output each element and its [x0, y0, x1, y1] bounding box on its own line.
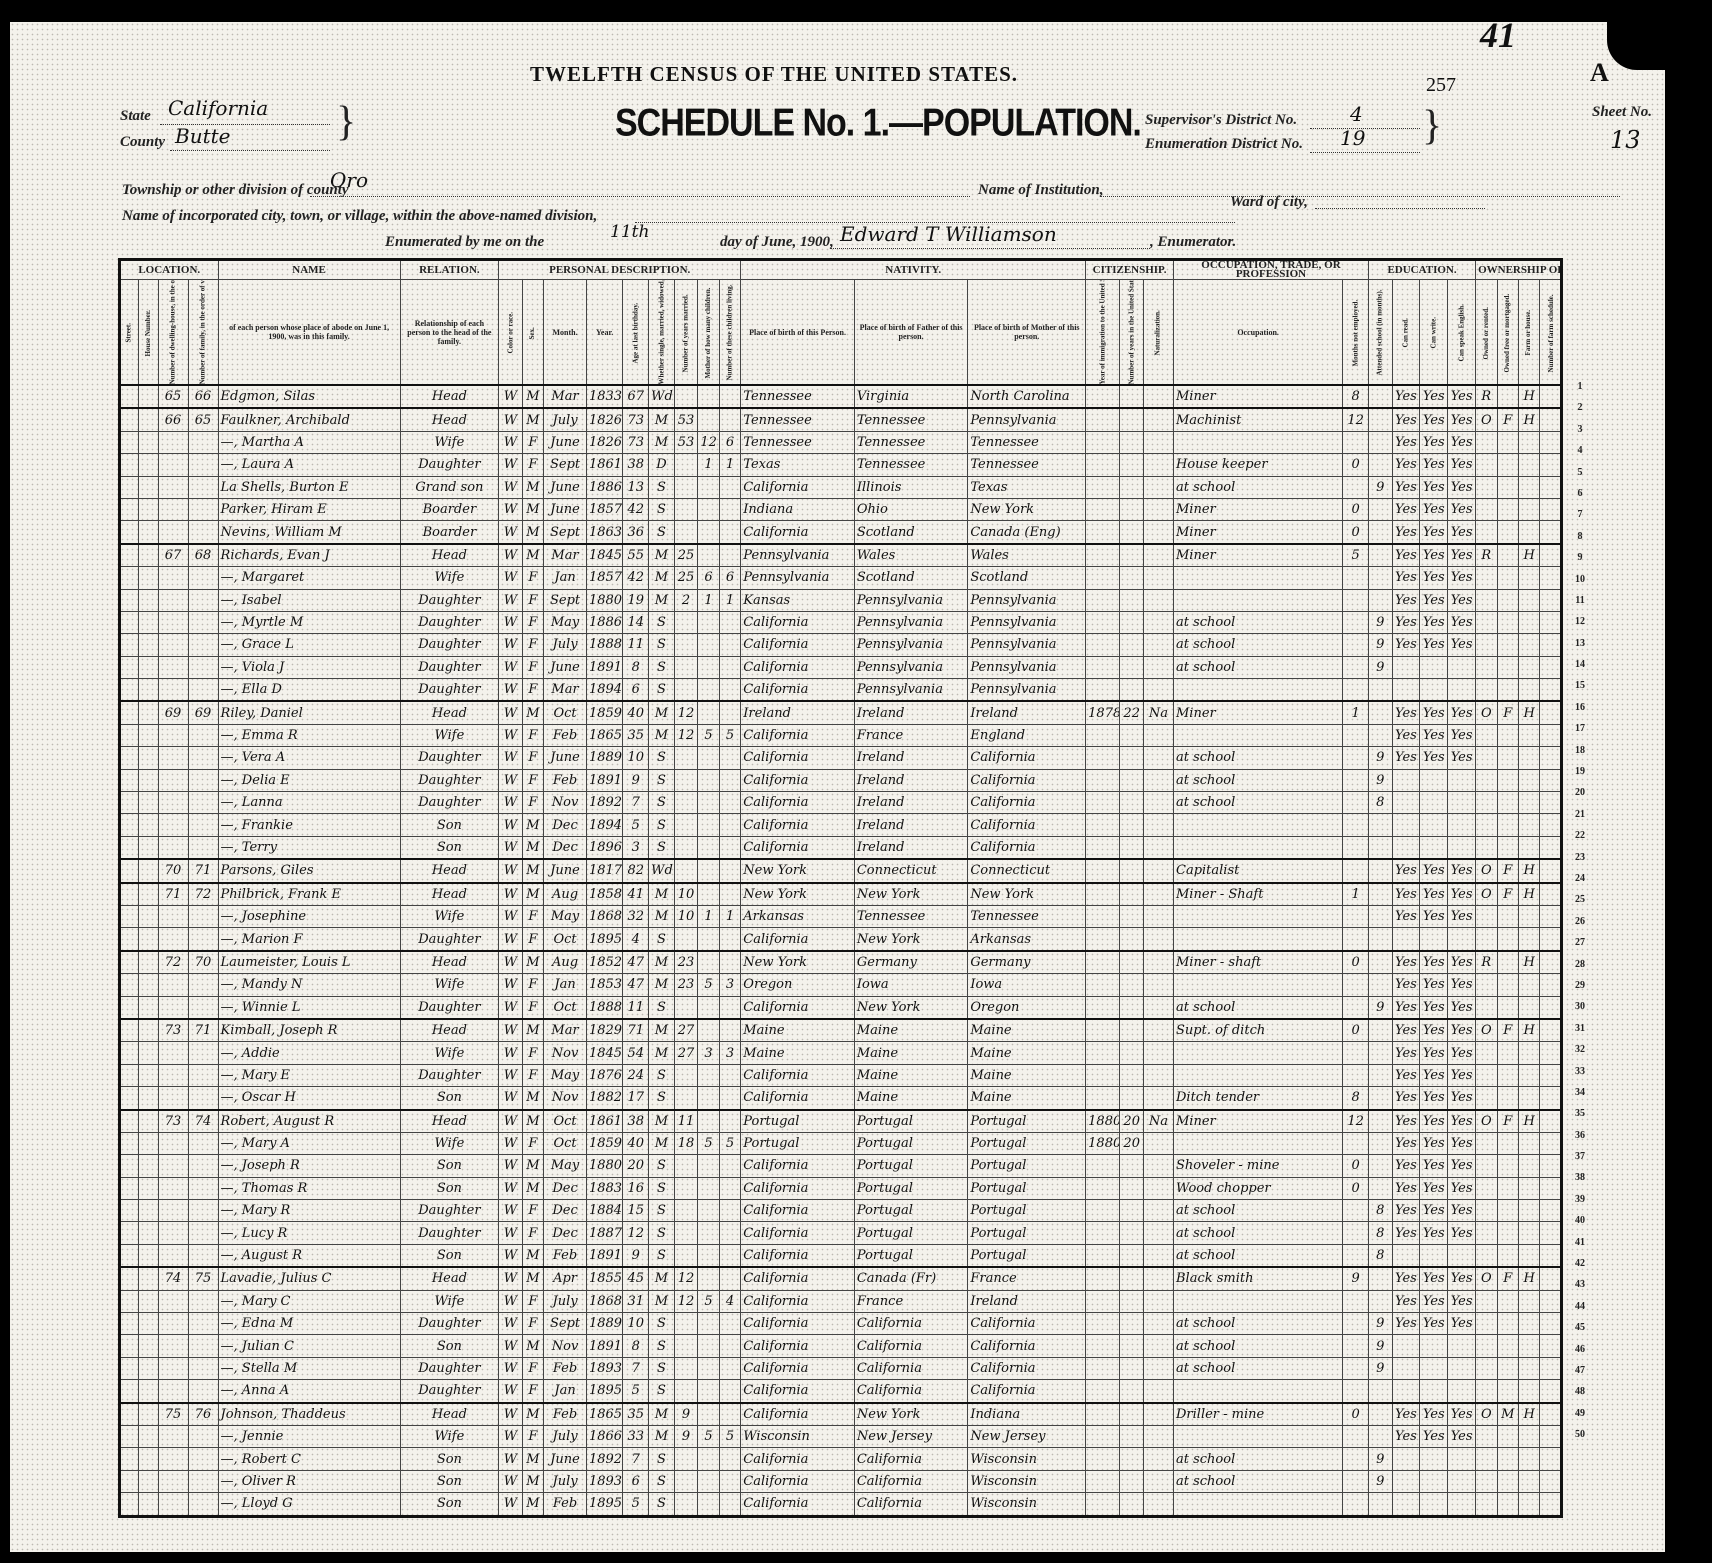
cell-unemp	[1343, 1313, 1369, 1335]
cell-bpf: Ireland	[854, 701, 968, 724]
cell-write: Yes	[1420, 476, 1448, 498]
cell-unemp	[1343, 1448, 1369, 1470]
cell-nat	[1143, 679, 1173, 702]
cell-own	[1476, 769, 1497, 791]
cell-sch	[1368, 928, 1392, 951]
cell-imm	[1086, 1425, 1120, 1447]
line-number: 45	[1566, 1317, 1594, 1338]
cell-name: —, Julian C	[218, 1335, 400, 1357]
cell-rel: Son	[400, 1493, 499, 1516]
cell-bp: California	[741, 1313, 855, 1335]
cell-empty	[1540, 1357, 1562, 1379]
cell-born	[698, 1064, 719, 1086]
cell-fam	[188, 589, 218, 611]
header-relation: RELATION.	[400, 260, 499, 280]
cell-eng: Yes	[1448, 1110, 1476, 1133]
cell-rel: Wife	[400, 431, 499, 453]
cell-month: Oct	[544, 928, 587, 951]
line-number: 37	[1566, 1146, 1594, 1167]
cell-read: Yes	[1392, 724, 1420, 746]
cell-fh	[1518, 814, 1539, 836]
cell-rel: Grand son	[400, 476, 499, 498]
table-row: —, AddieWifeWFNov184554M2733MaineMaineMa…	[120, 1042, 1562, 1064]
cell-dw	[158, 498, 188, 520]
cell-dw: 69	[158, 701, 188, 724]
cell-ym	[674, 836, 698, 859]
table-row: —, Delia EDaughterWFFeb18919SCaliforniaI…	[120, 769, 1562, 791]
cell-living	[719, 611, 741, 633]
cell-yrs	[1120, 1222, 1144, 1244]
cell-write	[1420, 1493, 1448, 1516]
cell-empty	[1540, 1042, 1562, 1064]
cell-read	[1392, 1357, 1420, 1379]
cell-living	[719, 521, 741, 544]
cell-ym: 23	[674, 951, 698, 974]
cell-yrs	[1120, 836, 1144, 859]
cell-year: 1895	[586, 1493, 622, 1516]
cell-name: Richards, Evan J	[218, 544, 400, 567]
cell-own	[1476, 928, 1497, 951]
cell-color: W	[499, 814, 523, 836]
cell-nat	[1143, 1470, 1173, 1492]
cell-fh	[1518, 589, 1539, 611]
cell-eng: Yes	[1448, 476, 1476, 498]
cell-nat	[1143, 408, 1173, 431]
cell-color: W	[499, 747, 523, 769]
cell-name: —, Mary E	[218, 1064, 400, 1086]
cell-age: 4	[623, 928, 649, 951]
cell-unemp	[1343, 1244, 1369, 1267]
cell-year: 1858	[586, 883, 622, 906]
cell-read: Yes	[1392, 1290, 1420, 1312]
cell-empty	[1540, 431, 1562, 453]
cell-nat	[1143, 431, 1173, 453]
cell-born	[698, 1200, 719, 1222]
cell-age: 35	[623, 724, 649, 746]
cell-yrs	[1120, 1470, 1144, 1492]
cell-fm	[1497, 679, 1518, 702]
cell-rel: Daughter	[400, 1380, 499, 1403]
line-number: 20	[1566, 782, 1594, 803]
cell-fh	[1518, 567, 1539, 589]
line-number: 36	[1566, 1125, 1594, 1146]
cell-fh	[1518, 1313, 1539, 1335]
cell-empty	[120, 1335, 139, 1357]
cell-bpm: Indiana	[968, 1403, 1086, 1426]
cell-living: 4	[719, 1290, 741, 1312]
cell-eng: Yes	[1448, 1132, 1476, 1154]
cell-name: La Shells, Burton E	[218, 476, 400, 498]
cell-month: Feb	[544, 1493, 587, 1516]
cell-read: Yes	[1392, 1087, 1420, 1110]
cell-own	[1476, 476, 1497, 498]
cell-month: Nov	[544, 792, 587, 814]
cell-imm	[1086, 498, 1120, 520]
cell-fh: H	[1518, 1110, 1539, 1133]
cell-year: 1893	[586, 1357, 622, 1379]
cell-empty	[120, 521, 139, 544]
cell-bpf: Portugal	[854, 1244, 968, 1267]
cell-nat	[1143, 747, 1173, 769]
cell-own	[1476, 656, 1497, 678]
cell-age: 10	[623, 1313, 649, 1335]
cell-mar: M	[649, 408, 675, 431]
cell-nat	[1143, 1064, 1173, 1086]
table-row: —, Martha AWifeWFJune182673M53126Tenness…	[120, 431, 1562, 453]
line-number: 48	[1566, 1381, 1594, 1402]
cell-yrs	[1120, 589, 1144, 611]
cell-month: Sept	[544, 454, 587, 476]
cell-born	[698, 1155, 719, 1177]
cell-sch: 8	[1368, 1222, 1392, 1244]
cell-age: 12	[623, 1222, 649, 1244]
cell-dw	[158, 1155, 188, 1177]
cell-age: 42	[623, 567, 649, 589]
cell-color: W	[499, 1267, 523, 1290]
cell-eng: Yes	[1448, 747, 1476, 769]
cell-eng: Yes	[1448, 701, 1476, 724]
header-name: NAME	[218, 260, 400, 280]
cell-age: 67	[623, 385, 649, 408]
cell-fh	[1518, 498, 1539, 520]
cell-read	[1392, 1335, 1420, 1357]
cell-year: 1817	[586, 859, 622, 882]
cell-eng: Yes	[1448, 974, 1476, 996]
cell-age: 16	[623, 1177, 649, 1199]
cell-empty	[1540, 1448, 1562, 1470]
cell-rel: Son	[400, 1155, 499, 1177]
cell-own	[1476, 1335, 1497, 1357]
cell-empty	[139, 1177, 158, 1199]
cell-year: 1853	[586, 974, 622, 996]
cell-read: Yes	[1392, 385, 1420, 408]
cell-empty	[139, 1357, 158, 1379]
cell-born	[698, 679, 719, 702]
cell-fm: F	[1497, 701, 1518, 724]
cell-eng: Yes	[1448, 1155, 1476, 1177]
cell-bpf: New York	[854, 928, 968, 951]
cell-empty	[139, 1042, 158, 1064]
township-value: Oro	[330, 168, 368, 192]
cell-bpf: Ireland	[854, 769, 968, 791]
cell-fam	[188, 1177, 218, 1199]
cell-occ: Shoveler - mine	[1174, 1155, 1343, 1177]
cell-bpm: New Jersey	[968, 1425, 1086, 1447]
cell-dw: 72	[158, 951, 188, 974]
cell-eng	[1448, 769, 1476, 791]
cell-name: Edgmon, Silas	[218, 385, 400, 408]
cell-fam	[188, 1470, 218, 1492]
cell-eng: Yes	[1448, 951, 1476, 974]
cell-write: Yes	[1420, 1042, 1448, 1064]
cell-imm	[1086, 634, 1120, 656]
cell-nat	[1143, 1087, 1173, 1110]
line-number: 11	[1566, 590, 1594, 611]
cell-color: W	[499, 385, 523, 408]
cell-empty	[120, 1357, 139, 1379]
header-years-us: Number of years in the United States.	[1120, 280, 1144, 386]
cell-occ: at school	[1174, 476, 1343, 498]
cell-fam	[188, 1132, 218, 1154]
cell-write: Yes	[1420, 1267, 1448, 1290]
cell-color: W	[499, 679, 523, 702]
table-row: 7374Robert, August RHeadWMOct186138M11Po…	[120, 1110, 1562, 1133]
cell-occ: at school	[1174, 1313, 1343, 1335]
cell-bpf: California	[854, 1470, 968, 1492]
cell-bp: Tennessee	[741, 408, 855, 431]
cell-year: 1866	[586, 1425, 622, 1447]
cell-ym: 12	[674, 1267, 698, 1290]
cell-born	[698, 928, 719, 951]
cell-fam	[188, 1290, 218, 1312]
cell-fm	[1497, 996, 1518, 1019]
cell-dw	[158, 567, 188, 589]
cell-month: Aug	[544, 883, 587, 906]
cell-age: 8	[623, 656, 649, 678]
table-row: —, FrankieSonWMDec18945SCaliforniaIrelan…	[120, 814, 1562, 836]
cell-bpf: Portugal	[854, 1132, 968, 1154]
cell-own	[1476, 1222, 1497, 1244]
line-number: 30	[1566, 996, 1594, 1017]
cell-imm	[1086, 1403, 1120, 1426]
cell-fm: F	[1497, 408, 1518, 431]
cell-mar: S	[649, 836, 675, 859]
cell-bpm: Arkansas	[968, 928, 1086, 951]
cell-sch: 9	[1368, 1470, 1392, 1492]
cell-read: Yes	[1392, 747, 1420, 769]
cell-write: Yes	[1420, 974, 1448, 996]
cell-fh	[1518, 836, 1539, 859]
cell-age: 9	[623, 1244, 649, 1267]
cell-empty	[1540, 634, 1562, 656]
schedule-title: SCHEDULE No. 1.—POPULATION.	[615, 101, 1141, 146]
cell-occ: at school	[1174, 1335, 1343, 1357]
cell-rel: Daughter	[400, 996, 499, 1019]
cell-sex: M	[522, 1403, 543, 1426]
cell-born	[698, 656, 719, 678]
cell-living	[719, 859, 741, 882]
cell-color: W	[499, 836, 523, 859]
cell-empty	[120, 1200, 139, 1222]
cell-read: Yes	[1392, 1403, 1420, 1426]
cell-name: Nevins, William M	[218, 521, 400, 544]
cell-bpm: Tennessee	[968, 431, 1086, 453]
cell-fm	[1497, 1155, 1518, 1177]
cell-empty	[120, 996, 139, 1019]
cell-born	[698, 1357, 719, 1379]
cell-bpf: Pennsylvania	[854, 589, 968, 611]
cell-living	[719, 951, 741, 974]
cell-age: 40	[623, 701, 649, 724]
cell-unemp	[1343, 656, 1369, 678]
header-birth-mother: Place of birth of Mother of this person.	[968, 280, 1086, 386]
cell-month: June	[544, 476, 587, 498]
cell-fh	[1518, 769, 1539, 791]
cell-write: Yes	[1420, 1064, 1448, 1086]
cell-sch: 9	[1368, 656, 1392, 678]
cell-imm	[1086, 385, 1120, 408]
cell-own	[1476, 836, 1497, 859]
cell-sex: F	[522, 1380, 543, 1403]
cell-year: 1859	[586, 1132, 622, 1154]
line-number: 6	[1566, 483, 1594, 504]
cell-rel: Daughter	[400, 1313, 499, 1335]
cell-fm	[1497, 1448, 1518, 1470]
cell-bp: New York	[741, 859, 855, 882]
cell-age: 7	[623, 792, 649, 814]
cell-ym: 9	[674, 1403, 698, 1426]
cell-fh	[1518, 724, 1539, 746]
cell-imm	[1086, 1357, 1120, 1379]
cell-empty	[1540, 1313, 1562, 1335]
cell-empty	[139, 859, 158, 882]
cell-bpf: Germany	[854, 951, 968, 974]
cell-sch	[1368, 1064, 1392, 1086]
cell-fm	[1497, 611, 1518, 633]
cell-occ	[1174, 1493, 1343, 1516]
line-number: 2	[1566, 397, 1594, 418]
cell-ym	[674, 928, 698, 951]
cell-eng: Yes	[1448, 1290, 1476, 1312]
cell-empty	[1540, 1200, 1562, 1222]
cell-empty	[120, 1087, 139, 1110]
table-row: —, Viola JDaughterWFJune18918SCalifornia…	[120, 656, 1562, 678]
cell-living	[719, 747, 741, 769]
cell-rel: Son	[400, 1177, 499, 1199]
cell-empty	[139, 431, 158, 453]
cell-ym: 12	[674, 1290, 698, 1312]
cell-empty	[120, 567, 139, 589]
cell-write	[1420, 814, 1448, 836]
cell-ym	[674, 1493, 698, 1516]
table-row: —, MargaretWifeWFJan185742M2566Pennsylva…	[120, 567, 1562, 589]
cell-color: W	[499, 883, 523, 906]
cell-eng: Yes	[1448, 589, 1476, 611]
cell-unemp	[1343, 1132, 1369, 1154]
cell-occ: at school	[1174, 996, 1343, 1019]
cell-empty	[1540, 1244, 1562, 1267]
cell-fam	[188, 476, 218, 498]
cell-bpf: California	[854, 1448, 968, 1470]
cell-nat	[1143, 1357, 1173, 1379]
cell-rel: Head	[400, 1403, 499, 1426]
cell-unemp	[1343, 567, 1369, 589]
cell-fam	[188, 1448, 218, 1470]
cell-fh	[1518, 1244, 1539, 1267]
cell-bp: California	[741, 611, 855, 633]
cell-write: Yes	[1420, 1110, 1448, 1133]
header-ownership: OWNERSHIP OF HOME.	[1476, 260, 1562, 280]
cell-bpm: England	[968, 724, 1086, 746]
cell-bpm: Maine	[968, 1019, 1086, 1042]
header-birth-year: Year.	[586, 280, 622, 386]
cell-age: 7	[623, 1357, 649, 1379]
cell-empty	[139, 385, 158, 408]
cell-eng: Yes	[1448, 1087, 1476, 1110]
cell-color: W	[499, 1403, 523, 1426]
cell-name: —, Ella D	[218, 679, 400, 702]
cell-sch	[1368, 1110, 1392, 1133]
cell-write: Yes	[1420, 883, 1448, 906]
cell-write	[1420, 1244, 1448, 1267]
cell-month: Mar	[544, 679, 587, 702]
cell-color: W	[499, 1313, 523, 1335]
cell-month: Nov	[544, 1335, 587, 1357]
cell-fh	[1518, 1042, 1539, 1064]
cell-bpm: Canada (Eng)	[968, 521, 1086, 544]
supervisor-value: 4	[1350, 102, 1363, 126]
cell-bpf: Ireland	[854, 792, 968, 814]
cell-born: 5	[698, 1132, 719, 1154]
cell-nat	[1143, 1425, 1173, 1447]
line-numbers: 1234567891011121314151617181920212223242…	[1566, 376, 1594, 1446]
line-number: 39	[1566, 1189, 1594, 1210]
cell-month: Feb	[544, 724, 587, 746]
cell-mar: S	[649, 498, 675, 520]
cell-write: Yes	[1420, 521, 1448, 544]
cell-dw	[158, 724, 188, 746]
cell-living: 6	[719, 431, 741, 453]
cell-nat	[1143, 1448, 1173, 1470]
cell-sex: F	[522, 1200, 543, 1222]
cell-fh	[1518, 1470, 1539, 1492]
cell-fh	[1518, 1132, 1539, 1154]
table-row: —, JennieWifeWFJuly186633M955WisconsinNe…	[120, 1425, 1562, 1447]
line-number: 4	[1566, 440, 1594, 461]
table-row: —, TerrySonWMDec18963SCaliforniaIrelandC…	[120, 836, 1562, 859]
cell-own: O	[1476, 859, 1497, 882]
table-row: —, Joseph RSonWMMay188020SCaliforniaPort…	[120, 1155, 1562, 1177]
cell-born	[698, 476, 719, 498]
line-number: 47	[1566, 1360, 1594, 1381]
cell-fh: H	[1518, 408, 1539, 431]
cell-year: 1891	[586, 656, 622, 678]
cell-occ	[1174, 679, 1343, 702]
cell-bpf: New York	[854, 883, 968, 906]
cell-nat	[1143, 1222, 1173, 1244]
cell-empty	[139, 1448, 158, 1470]
cell-fh	[1518, 1357, 1539, 1379]
cell-write	[1420, 1357, 1448, 1379]
cell-fh	[1518, 996, 1539, 1019]
cell-bpf: Pennsylvania	[854, 634, 968, 656]
cell-month: Mar	[544, 544, 587, 567]
cell-occ	[1174, 905, 1343, 927]
enumeration-value: 19	[1340, 126, 1365, 150]
county-value: Butte	[175, 124, 231, 148]
cell-read: Yes	[1392, 905, 1420, 927]
cell-dw	[158, 996, 188, 1019]
cell-mar: M	[649, 951, 675, 974]
cell-month: May	[544, 905, 587, 927]
cell-mar: M	[649, 905, 675, 927]
cell-mar: S	[649, 679, 675, 702]
cell-bp: Portugal	[741, 1132, 855, 1154]
cell-sex: M	[522, 836, 543, 859]
cell-bpm: Ireland	[968, 1290, 1086, 1312]
line-number: 32	[1566, 1039, 1594, 1060]
cell-dw	[158, 1380, 188, 1403]
cell-bpm: Texas	[968, 476, 1086, 498]
cell-imm: 1880	[1086, 1110, 1120, 1133]
cell-yrs	[1120, 1380, 1144, 1403]
cell-fm	[1497, 769, 1518, 791]
cell-rel: Son	[400, 1244, 499, 1267]
cell-born: 1	[698, 905, 719, 927]
cell-empty	[120, 1064, 139, 1086]
cell-imm	[1086, 928, 1120, 951]
cell-fam	[188, 996, 218, 1019]
